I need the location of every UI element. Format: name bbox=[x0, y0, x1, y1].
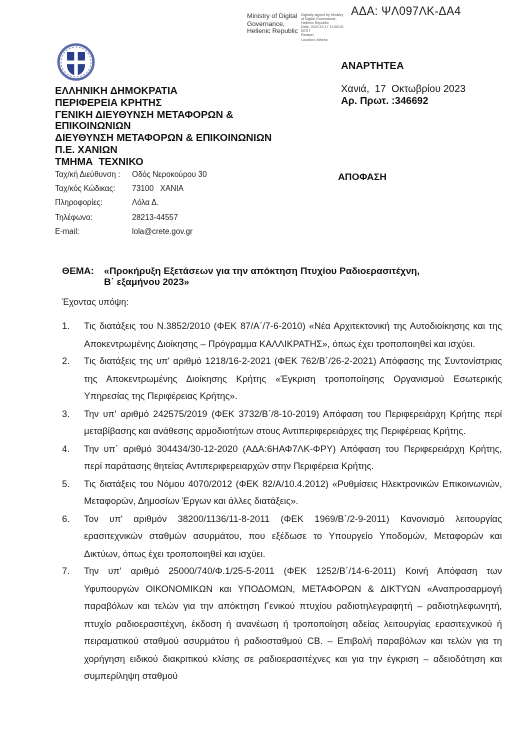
digital-signature-details: Digitally signed by Ministry of Digital … bbox=[301, 13, 351, 42]
list-item: 2. Τις διατάξεις της υπ' αριθμό 1218/16-… bbox=[62, 353, 502, 406]
item-text: Την υπ' αριθμό 25000/740/Φ.1/25-5-2011 (… bbox=[84, 563, 502, 686]
item-text: Την υπ΄ αριθμό 304434/30-12-2020 (ΑΔΑ:6Η… bbox=[84, 441, 502, 476]
header-line: ΔΙΕΥΘΥΝΣΗ ΜΕΤΑΦΟΡΩΝ & ΕΠΙΚΟΙΝΩΝΙΩΝ bbox=[55, 133, 272, 145]
header-line: ΕΠΙΚΟΙΝΩΝΙΩΝ bbox=[55, 121, 272, 133]
signature-name-line: Governance, bbox=[247, 21, 298, 29]
contact-row: Ταχ/κός Κώδικας: 73100 ΧΑΝΙΑ bbox=[55, 184, 207, 198]
signature-detail-line: Location: Athens bbox=[301, 38, 351, 42]
protocol-number: Αρ. Πρωτ. :346692 bbox=[341, 96, 466, 108]
contact-label: E-mail: bbox=[55, 227, 132, 241]
contact-label: Πληροφορίες: bbox=[55, 198, 132, 212]
contact-row: Πληροφορίες: Λόλα Δ. bbox=[55, 198, 207, 212]
list-item: 1. Τις διατάξεις του Ν.3852/2010 (ΦΕΚ 87… bbox=[62, 318, 502, 353]
greek-coat-of-arms-icon bbox=[57, 43, 95, 81]
subject-label: ΘΕΜΑ: bbox=[62, 266, 104, 288]
contact-row: Τηλέφωνο: 28213-44557 bbox=[55, 213, 207, 227]
header-line: ΤΜΗΜΑ ΤΕΧΝΙΚΟ bbox=[55, 157, 272, 169]
item-number: 5. bbox=[62, 476, 84, 511]
contact-label: Τηλέφωνο: bbox=[55, 213, 132, 227]
contact-row: E-mail: lola@crete.gov.gr bbox=[55, 227, 207, 241]
item-number: 2. bbox=[62, 353, 84, 406]
digital-signature-issuer: Ministry of Digital Governance, Hellenic… bbox=[247, 13, 298, 36]
publication-status: ΑΝΑΡΤΗΤΕΑ bbox=[341, 61, 404, 72]
contact-value: 73100 ΧΑΝΙΑ bbox=[132, 184, 184, 198]
contact-label: Ταχ/κός Κώδικας: bbox=[55, 184, 132, 198]
header-line: ΓΕΝΙΚΗ ΔΙΕΥΘΥΝΣΗ ΜΕΤΑΦΟΡΩΝ & bbox=[55, 110, 272, 122]
item-number: 3. bbox=[62, 406, 84, 441]
contact-row: Ταχ/κή Διεύθυνση : Οδός Νεροκούρου 30 bbox=[55, 170, 207, 184]
item-number: 6. bbox=[62, 511, 84, 564]
item-number: 4. bbox=[62, 441, 84, 476]
item-number: 7. bbox=[62, 563, 84, 686]
item-text: Τον υπ' αριθμόν 38200/1136/11-8-2011 (ΦΕ… bbox=[84, 511, 502, 564]
date-line: Χανιά, 17 Οκτωβρίου 2023 bbox=[341, 84, 466, 96]
signature-name-line: Ministry of Digital bbox=[247, 13, 298, 21]
header-line: Π.Ε. ΧΑΝΙΩΝ bbox=[55, 145, 272, 157]
ada-code: ΑΔΑ: ΨΛ097ΛΚ-ΔΑ4 bbox=[351, 6, 461, 18]
considerations-list: 1. Τις διατάξεις του Ν.3852/2010 (ΦΕΚ 87… bbox=[62, 318, 502, 686]
subject-text: «Προκήρυξη Εξετάσεων για την απόκτηση Πτ… bbox=[104, 266, 420, 288]
contact-info: Ταχ/κή Διεύθυνση : Οδός Νεροκούρου 30 Τα… bbox=[55, 170, 207, 241]
item-text: Τις διατάξεις του Νόμου 4070/2012 (ΦΕΚ 8… bbox=[84, 476, 502, 511]
email-link[interactable]: lola@crete.gov.gr bbox=[132, 227, 193, 241]
intro-text: Έχοντας υπόψη: bbox=[62, 297, 129, 307]
item-text: Την υπ' αριθμό 242575/2019 (ΦΕΚ 3732/Β΄/… bbox=[84, 406, 502, 441]
contact-value: 28213-44557 bbox=[132, 213, 178, 227]
date-protocol-block: Χανιά, 17 Οκτωβρίου 2023 Αρ. Πρωτ. :3466… bbox=[341, 84, 466, 108]
issuer-header: ΕΛΛΗΝΙΚΗ ΔΗΜΟΚΡΑΤΙΑ ΠΕΡΙΦΕΡΕΙΑ ΚΡΗΤΗΣ ΓΕ… bbox=[55, 86, 272, 169]
header-line: ΕΛΛΗΝΙΚΗ ΔΗΜΟΚΡΑΤΙΑ bbox=[55, 86, 272, 98]
subject-line: Β΄ εξαμήνου 2023» bbox=[104, 277, 420, 288]
subject: ΘΕΜΑ: «Προκήρυξη Εξετάσεων για την απόκτ… bbox=[62, 266, 420, 288]
contact-value: Λόλα Δ. bbox=[132, 198, 159, 212]
subject-line: «Προκήρυξη Εξετάσεων για την απόκτηση Πτ… bbox=[104, 266, 420, 277]
list-item: 5. Τις διατάξεις του Νόμου 4070/2012 (ΦΕ… bbox=[62, 476, 502, 511]
item-text: Τις διατάξεις της υπ' αριθμό 1218/16-2-2… bbox=[84, 353, 502, 406]
item-number: 1. bbox=[62, 318, 84, 353]
list-item: 3. Την υπ' αριθμό 242575/2019 (ΦΕΚ 3732/… bbox=[62, 406, 502, 441]
list-item: 6. Τον υπ' αριθμόν 38200/1136/11-8-2011 … bbox=[62, 511, 502, 564]
header-line: ΠΕΡΙΦΕΡΕΙΑ ΚΡΗΤΗΣ bbox=[55, 98, 272, 110]
contact-label: Ταχ/κή Διεύθυνση : bbox=[55, 170, 132, 184]
document-type: ΑΠΟΦΑΣΗ bbox=[338, 172, 387, 183]
item-text: Τις διατάξεις του Ν.3852/2010 (ΦΕΚ 87/Α΄… bbox=[84, 318, 502, 353]
contact-value: Οδός Νεροκούρου 30 bbox=[132, 170, 207, 184]
signature-name-line: Hellenic Republic bbox=[247, 28, 298, 36]
list-item: 7. Την υπ' αριθμό 25000/740/Φ.1/25-5-201… bbox=[62, 563, 502, 686]
list-item: 4. Την υπ΄ αριθμό 304434/30-12-2020 (ΑΔΑ… bbox=[62, 441, 502, 476]
